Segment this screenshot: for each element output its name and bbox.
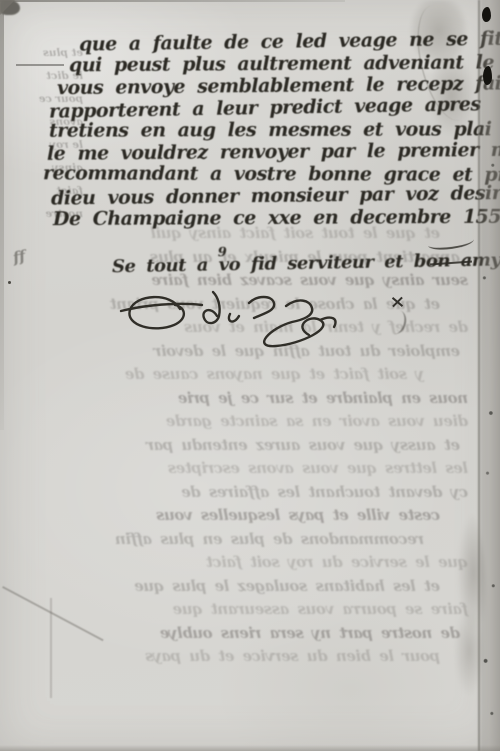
- superscript-abbreviation: 9: [218, 241, 227, 265]
- letter-body: que a faulte de ce led veage ne se fit e…: [43, 31, 477, 229]
- ink-dot: [8, 281, 11, 284]
- bleed-line: nous en plaindre et sur ce je prie: [6, 387, 468, 411]
- bleed-line: cy devant touchant les affaires de: [6, 481, 468, 505]
- page-corner-top-left: [0, 0, 15, 15]
- bleed-line: ceste ville et pays lesquelles vous: [6, 504, 468, 528]
- bleed-line: pour le bien du service et du pays: [6, 645, 468, 669]
- manuscript-scan: et plus le dict pour ce avons le roy ain…: [0, 0, 500, 751]
- bleed-line: que le service du roy soit faict: [6, 551, 468, 575]
- bleed-line: et les habitans soulagez le plus que: [6, 575, 468, 599]
- page-edge-bottom: [0, 745, 500, 751]
- bleed-line: les lettres que vous avons escriptes: [6, 457, 468, 481]
- bleed-line: faire se pourra vous asseurant que: [6, 598, 468, 622]
- bleed-line: recommandons de plus en plus affin: [6, 528, 468, 552]
- bleed-line: y soit faict et que nayons cause de: [6, 363, 468, 387]
- page-edge-left: [0, 0, 4, 430]
- vertical-crease: [50, 598, 52, 698]
- page-edge-right: [476, 0, 500, 751]
- ink-blob-edge-2: [483, 66, 492, 85]
- bleed-line: et aussy que vous aurez entendu par: [6, 434, 468, 458]
- bleed-line: dieu vous avoir en sa saincte garde: [6, 410, 468, 434]
- letter-line: tretiens en aug les mesmes et vous plai: [43, 118, 477, 142]
- signature-flourish: [105, 276, 405, 351]
- letter-line-dateline: De Champaigne ce xxe en decembre 155: [43, 206, 477, 230]
- letter-line: le me vouldrez renvoyer par le premier m…: [43, 139, 477, 165]
- page-edge-top: [0, 0, 345, 2]
- ink-blob-edge-1: [482, 7, 491, 22]
